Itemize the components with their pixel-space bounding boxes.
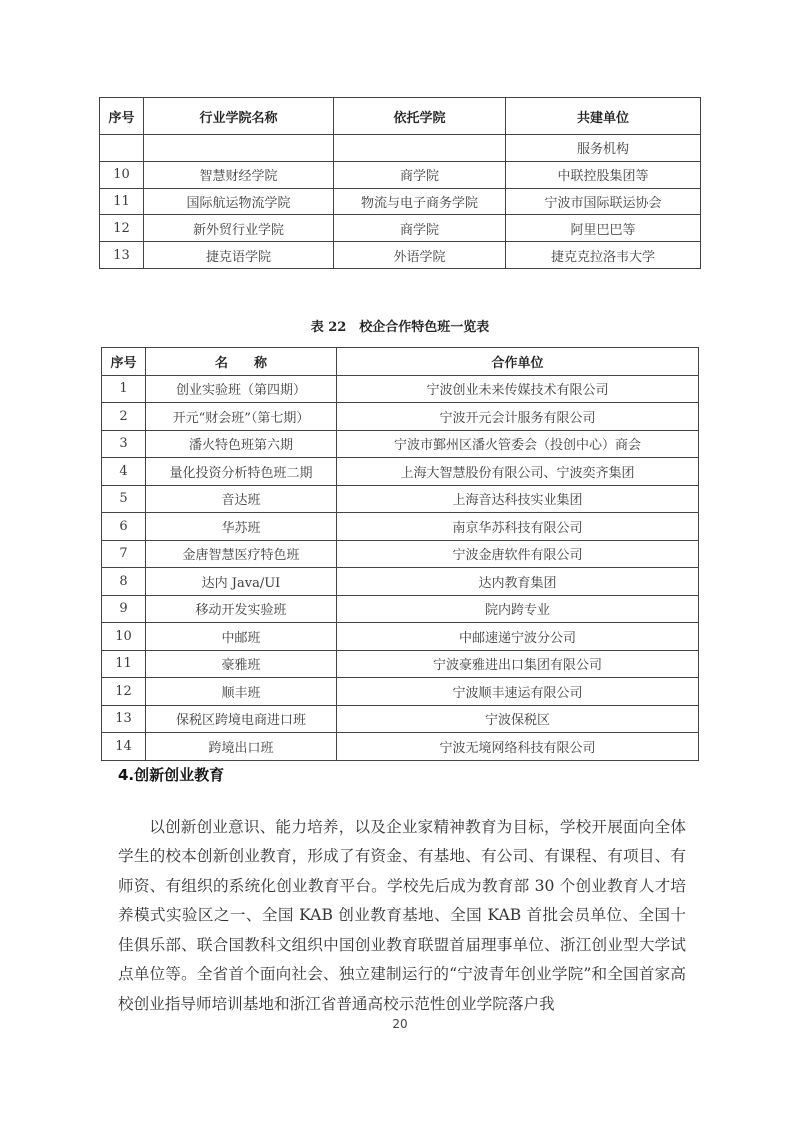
cell-partner: 宁波豪雅进出口集团有限公司 xyxy=(337,650,699,678)
cell-partner: 宁波创业未来传媒技术有限公司 xyxy=(337,375,699,403)
cell-index: 2 xyxy=(102,403,146,431)
cell-partner: 宁波市鄞州区潘火管委会（投创中心）商会 xyxy=(337,430,699,458)
cell-name: 中邮班 xyxy=(146,623,337,651)
cell-index: 12 xyxy=(100,215,144,242)
header-cell: 名 称 xyxy=(146,348,337,376)
table-row: 11 国际航运物流学院 物流与电子商务学院 宁波市国际联运协会 xyxy=(100,188,701,215)
table-row: 4量化投资分析特色班二期上海大智慧股份有限公司、宁波奕齐集团 xyxy=(102,458,699,486)
table-row: 服务机构 xyxy=(100,135,701,162)
cell-name: 华苏班 xyxy=(146,513,337,541)
cell-college: 外语学院 xyxy=(334,242,506,269)
cell-name: 顺丰班 xyxy=(146,678,337,706)
header-cell: 序号 xyxy=(102,348,146,376)
header-cell: 共建单位 xyxy=(506,98,701,135)
cell-partner: 达内教育集团 xyxy=(337,568,699,596)
cell-name: 量化投资分析特色班二期 xyxy=(146,458,337,486)
cell-index: 1 xyxy=(102,375,146,403)
table-header-row: 序号 名 称 合作单位 xyxy=(102,348,699,376)
table-caption: 表 22 校企合作特色班一览表 xyxy=(0,316,800,335)
cell-partner: 上海大智慧股份有限公司、宁波奕齐集团 xyxy=(337,458,699,486)
cell-index: 11 xyxy=(100,188,144,215)
cell-college: 物流与电子商务学院 xyxy=(334,188,506,215)
cell-college: 商学院 xyxy=(334,215,506,242)
cell-partner: 宁波市国际联运协会 xyxy=(506,188,701,215)
cell-name: 保税区跨境电商进口班 xyxy=(146,705,337,733)
cell-partner: 捷克克拉洛韦大学 xyxy=(506,242,701,269)
cell-name: 金唐智慧医疗特色班 xyxy=(146,540,337,568)
header-cell: 序号 xyxy=(100,98,144,135)
cell-partner: 上海音达科技实业集团 xyxy=(337,485,699,513)
table-header-row: 序号 行业学院名称 依托学院 共建单位 xyxy=(100,98,701,135)
cell-name: 豪雅班 xyxy=(146,650,337,678)
table-row: 12顺丰班宁波顺丰速运有限公司 xyxy=(102,678,699,706)
cell-name xyxy=(144,135,334,162)
cell-partner: 宁波顺丰速运有限公司 xyxy=(337,678,699,706)
cell-partner: 南京华苏科技有限公司 xyxy=(337,513,699,541)
table-row: 14跨境出口班宁波无境网络科技有限公司 xyxy=(102,733,699,761)
cell-index: 13 xyxy=(102,705,146,733)
cell-index xyxy=(100,135,144,162)
cell-partner: 中联控股集团等 xyxy=(506,161,701,188)
cell-name: 创业实验班（第四期） xyxy=(146,375,337,403)
cell-index: 8 xyxy=(102,568,146,596)
cell-partner: 院内跨专业 xyxy=(337,595,699,623)
cell-name: 达内 Java/UI xyxy=(146,568,337,596)
header-cell: 行业学院名称 xyxy=(144,98,334,135)
table-row: 6华苏班南京华苏科技有限公司 xyxy=(102,513,699,541)
cell-name: 开元“财会班”（第七期） xyxy=(146,403,337,431)
table-row: 1创业实验班（第四期）宁波创业未来传媒技术有限公司 xyxy=(102,375,699,403)
cell-partner: 中邮速递宁波分公司 xyxy=(337,623,699,651)
cell-name: 潘火特色班第六期 xyxy=(146,430,337,458)
cell-name: 捷克语学院 xyxy=(144,242,334,269)
cell-partner: 宁波开元会计服务有限公司 xyxy=(337,403,699,431)
cell-index: 9 xyxy=(102,595,146,623)
page-number: 20 xyxy=(0,1017,800,1031)
header-cell: 合作单位 xyxy=(337,348,699,376)
table-row: 7金唐智慧医疗特色班宁波金唐软件有限公司 xyxy=(102,540,699,568)
cell-partner: 宁波无境网络科技有限公司 xyxy=(337,733,699,761)
cell-index: 10 xyxy=(100,161,144,188)
body-paragraph: 以创新创业意识、能力培养，以及企业家精神教育为目标，学校开展面向全体学生的校本创… xyxy=(118,813,686,1020)
cell-name: 智慧财经学院 xyxy=(144,161,334,188)
cell-index: 13 xyxy=(100,242,144,269)
cell-name: 音达班 xyxy=(146,485,337,513)
table-row: 12 新外贸行业学院 商学院 阿里巴巴等 xyxy=(100,215,701,242)
table-row: 9移动开发实验班院内跨专业 xyxy=(102,595,699,623)
cell-college xyxy=(334,135,506,162)
table-row: 11豪雅班宁波豪雅进出口集团有限公司 xyxy=(102,650,699,678)
table-row: 5音达班上海音达科技实业集团 xyxy=(102,485,699,513)
cell-name: 新外贸行业学院 xyxy=(144,215,334,242)
section-heading: 4.创新创业教育 xyxy=(118,764,224,785)
cell-index: 4 xyxy=(102,458,146,486)
cell-index: 7 xyxy=(102,540,146,568)
industry-college-table: 序号 行业学院名称 依托学院 共建单位 服务机构 10 智慧财经学院 商学院 中… xyxy=(99,97,701,269)
table-row: 10中邮班中邮速递宁波分公司 xyxy=(102,623,699,651)
cell-partner: 宁波金唐软件有限公司 xyxy=(337,540,699,568)
cell-college: 商学院 xyxy=(334,161,506,188)
special-class-table: 序号 名 称 合作单位 1创业实验班（第四期）宁波创业未来传媒技术有限公司 2开… xyxy=(101,347,699,761)
table-row: 2开元“财会班”（第七期）宁波开元会计服务有限公司 xyxy=(102,403,699,431)
cell-index: 11 xyxy=(102,650,146,678)
table-row: 13 捷克语学院 外语学院 捷克克拉洛韦大学 xyxy=(100,242,701,269)
cell-index: 5 xyxy=(102,485,146,513)
header-cell: 依托学院 xyxy=(334,98,506,135)
cell-index: 14 xyxy=(102,733,146,761)
table-row: 10 智慧财经学院 商学院 中联控股集团等 xyxy=(100,161,701,188)
cell-name: 国际航运物流学院 xyxy=(144,188,334,215)
cell-index: 12 xyxy=(102,678,146,706)
cell-index: 6 xyxy=(102,513,146,541)
table-row: 13保税区跨境电商进口班宁波保税区 xyxy=(102,705,699,733)
cell-index: 3 xyxy=(102,430,146,458)
table-row: 8达内 Java/UI达内教育集团 xyxy=(102,568,699,596)
cell-partner: 阿里巴巴等 xyxy=(506,215,701,242)
cell-name: 移动开发实验班 xyxy=(146,595,337,623)
cell-partner: 宁波保税区 xyxy=(337,705,699,733)
table-row: 3潘火特色班第六期宁波市鄞州区潘火管委会（投创中心）商会 xyxy=(102,430,699,458)
cell-partner: 服务机构 xyxy=(506,135,701,162)
cell-name: 跨境出口班 xyxy=(146,733,337,761)
cell-index: 10 xyxy=(102,623,146,651)
